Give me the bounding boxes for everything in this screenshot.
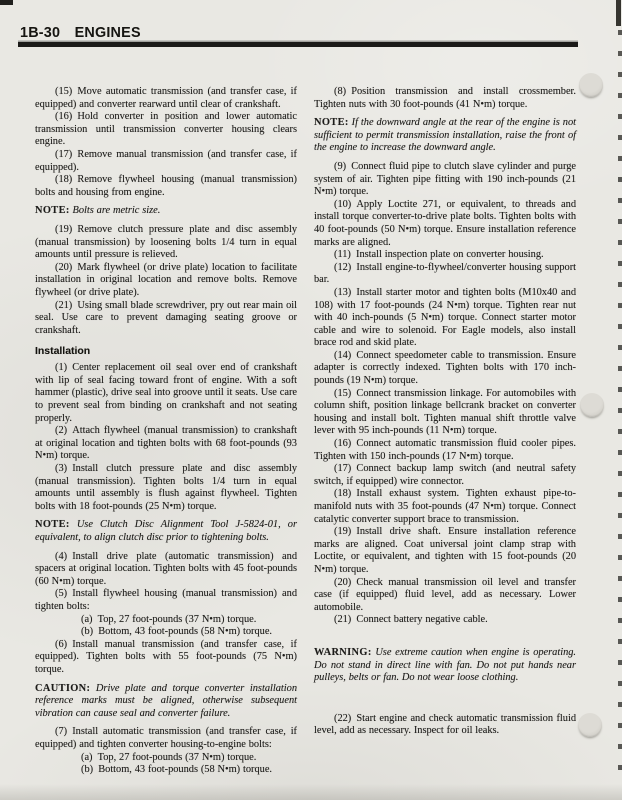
- step-paragraph: (13) Install starter motor and tighten b…: [314, 287, 576, 350]
- step-paragraph: (10) Apply Loctite 271, or equivalent, t…: [314, 199, 576, 249]
- step-paragraph: (8) Position transmission and install cr…: [314, 86, 576, 111]
- page-header: 1B-30 ENGINES: [20, 24, 141, 41]
- step-paragraph: (19) Install drive shaft. Ensure install…: [314, 526, 576, 576]
- warning-label: WARNING:: [314, 647, 372, 658]
- step-paragraph: (18) Install exhaust system. Tighten exh…: [314, 488, 576, 526]
- section-heading: Installation: [35, 345, 297, 358]
- step-paragraph: (17) Remove manual transmission (and tra…: [35, 149, 297, 174]
- step-paragraph: (9) Connect fluid pipe to clutch slave c…: [314, 161, 576, 199]
- note-label: NOTE:: [35, 519, 70, 530]
- step-paragraph: (18) Remove flywheel housing (manual tra…: [35, 174, 297, 199]
- step-paragraph: (14) Connect speedometer cable to transm…: [314, 350, 576, 388]
- step-paragraph: (7) Install automatic transmission (and …: [35, 726, 297, 751]
- page-columns: (15) Move automatic transmission (and tr…: [35, 86, 576, 777]
- caution-label: CAUTION:: [35, 683, 90, 694]
- note-label: NOTE:: [35, 205, 70, 216]
- page-bottom-shadow: [0, 784, 622, 800]
- step-paragraph: (16) Connect automatic transmission flui…: [314, 438, 576, 463]
- substep-paragraph: (b) Bottom, 43 foot-pounds (58 N•m) torq…: [35, 764, 297, 777]
- binder-hole-icon: [579, 73, 603, 97]
- step-paragraph: (20) Check manual transmission oil level…: [314, 577, 576, 615]
- step-paragraph: (3) Install clutch pressure plate and di…: [35, 463, 297, 513]
- manual-page: 1B-30 ENGINES (15) Move automatic transm…: [0, 0, 622, 800]
- note-paragraph: NOTE: If the downward angle at the rear …: [314, 117, 576, 155]
- step-paragraph: (17) Connect backup lamp switch (and neu…: [314, 463, 576, 488]
- note-label: NOTE:: [314, 117, 349, 128]
- note-paragraph: NOTE: Use Clutch Disc Alignment Tool J-5…: [35, 519, 297, 544]
- step-paragraph: (2) Attach flywheel (manual transmission…: [35, 425, 297, 463]
- step-paragraph: (15) Connect transmission linkage. For a…: [314, 388, 576, 438]
- caution-paragraph: CAUTION: Drive plate and torque converte…: [35, 683, 297, 721]
- note-paragraph: NOTE: Bolts are metric size.: [35, 205, 297, 218]
- scan-artifact-top-left: [0, 0, 13, 5]
- note-text: Bolts are metric size.: [70, 205, 161, 216]
- step-paragraph: (5) Install flywheel housing (manual tra…: [35, 588, 297, 613]
- step-paragraph: (16) Hold converter in position and lowe…: [35, 111, 297, 149]
- binder-hole-icon: [580, 393, 604, 417]
- step-paragraph: (12) Install engine-to-flywheel/converte…: [314, 262, 576, 287]
- warning-paragraph: WARNING: Use extreme caution when engine…: [314, 647, 576, 685]
- step-paragraph: (4) Install drive plate (automatic trans…: [35, 551, 297, 589]
- section-title: ENGINES: [75, 24, 141, 41]
- binder-hole-icon: [578, 713, 602, 737]
- step-paragraph: (15) Move automatic transmission (and tr…: [35, 86, 297, 111]
- substep-paragraph: (a) Top, 27 foot-pounds (37 N•m) torque.: [35, 752, 297, 765]
- substep-paragraph: (a) Top, 27 foot-pounds (37 N•m) torque.: [35, 614, 297, 627]
- page-edge-marks: [618, 30, 622, 770]
- right-column: (8) Position transmission and install cr…: [314, 86, 576, 777]
- step-paragraph: (21) Connect battery negative cable.: [314, 614, 576, 627]
- header-rule: [18, 42, 578, 47]
- step-paragraph: (11) Install inspection plate on convert…: [314, 249, 576, 262]
- step-paragraph: (19) Remove clutch pressure plate and di…: [35, 224, 297, 262]
- substep-paragraph: (b) Bottom, 43 foot-pounds (58 N•m) torq…: [35, 626, 297, 639]
- note-text: If the downward angle at the rear of the…: [314, 117, 576, 153]
- step-paragraph: (20) Mark flywheel (or drive plate) loca…: [35, 262, 297, 300]
- note-text: Use Clutch Disc Alignment Tool J-5824-01…: [35, 519, 297, 543]
- page-number: 1B-30: [20, 24, 60, 41]
- step-paragraph: (6) Install manual transmission (and tra…: [35, 639, 297, 677]
- left-column: (15) Move automatic transmission (and tr…: [35, 86, 297, 777]
- scan-artifact-top-right: [616, 0, 621, 26]
- step-paragraph: (22) Start engine and check automatic tr…: [314, 713, 576, 738]
- step-paragraph: (21) Using small blade screwdriver, pry …: [35, 300, 297, 338]
- step-paragraph: (1) Center replacement oil seal over end…: [35, 362, 297, 425]
